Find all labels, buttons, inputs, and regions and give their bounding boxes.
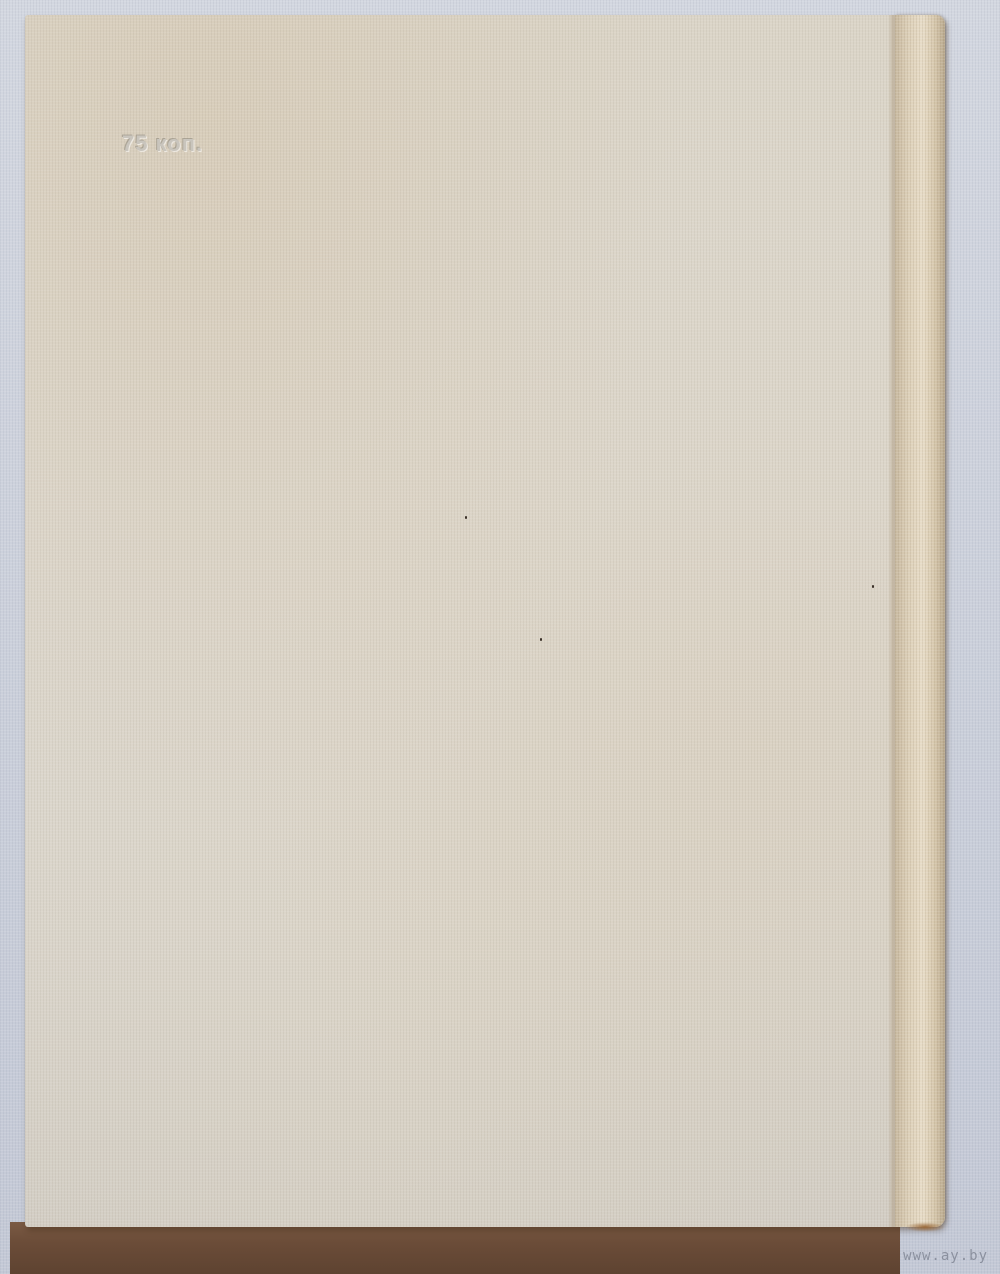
- embossed-price-stamp: 75 коп.: [122, 131, 203, 157]
- worn-corner: [905, 1222, 945, 1232]
- cover-speck: [540, 638, 542, 641]
- book-shadow: [10, 1222, 900, 1274]
- cover-speck: [872, 585, 874, 588]
- book-spine: [895, 15, 945, 1227]
- book-back-cover: [25, 15, 945, 1227]
- cover-speck: [465, 516, 467, 519]
- site-watermark: www.ay.by: [903, 1248, 988, 1264]
